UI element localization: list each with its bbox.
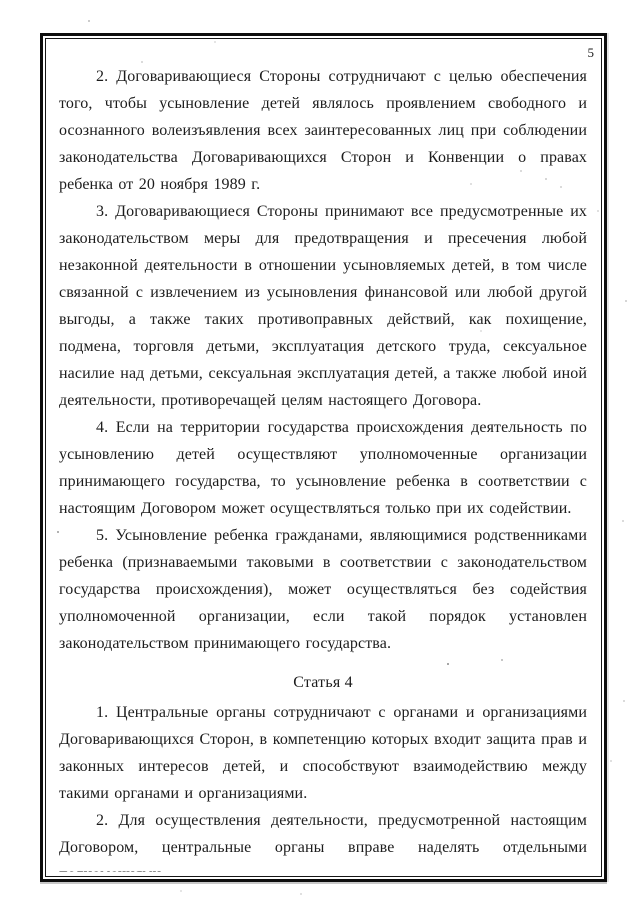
scanned-document-page: 5 2. Договаривающиеся Стороны сотруднича… xyxy=(0,0,640,905)
paragraph-treaty-art4-p1: 1. Центральные органы сотрудничают с орг… xyxy=(59,699,587,807)
page-border-outer: 5 2. Договаривающиеся Стороны сотруднича… xyxy=(40,33,607,882)
scan-noise xyxy=(0,0,2,2)
paragraph-treaty-art3-p4: 4. Если на территории государства происх… xyxy=(59,414,587,522)
document-body: 2. Договаривающиеся Стороны сотрудничают… xyxy=(59,63,587,872)
paragraph-treaty-art3-p5: 5. Усыновление ребенка гражданами, являю… xyxy=(59,522,587,657)
article-heading: Статья 4 xyxy=(59,669,587,696)
page-number: 5 xyxy=(588,46,595,60)
paragraph-treaty-art3-p3: 3. Договаривающиеся Стороны принимают вс… xyxy=(59,198,587,414)
paragraph-treaty-art3-p2: 2. Договаривающиеся Стороны сотрудничают… xyxy=(59,63,587,198)
page-border-inner: 5 2. Договаривающиеся Стороны сотруднича… xyxy=(45,38,602,877)
paragraph-treaty-art4-p2: 2. Для осуществления деятельности, преду… xyxy=(59,807,587,872)
